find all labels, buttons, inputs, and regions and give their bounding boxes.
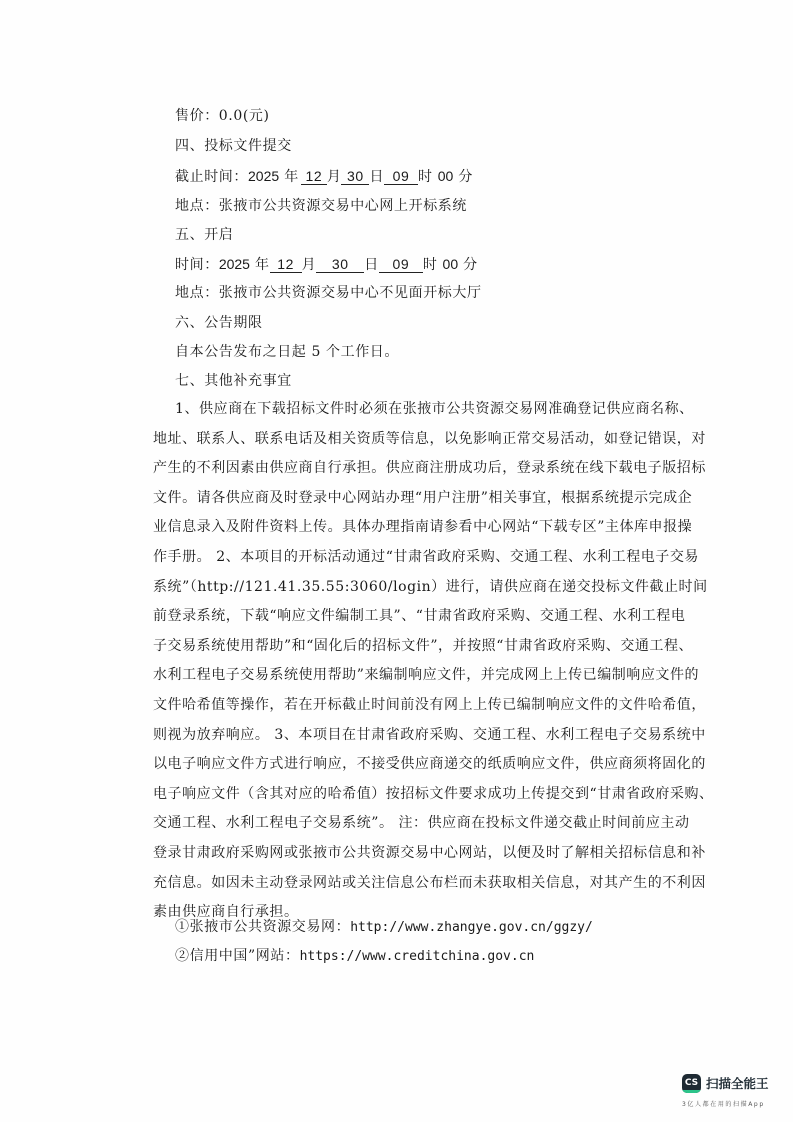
day-suffix: 日 <box>369 169 384 185</box>
paragraph-line: 则视为放弃响应。 3、本项目在甘肃省政府采购、交通工程、水利工程电子交易系统中 <box>153 721 653 751</box>
opening-location: 地点：张掖市公共资源交易中心不见面开标大厅 <box>175 283 482 303</box>
paragraph-line: 以电子响应文件方式进行响应，不接受供应商递交的纸质响应文件，供应商须将固化的 <box>153 750 653 780</box>
paragraph-line: 电子响应文件（含其对应的哈希值）按招标文件要求成功上传提交到“甘肃省政府采购、 <box>153 780 653 810</box>
paragraph-line: 产生的不利因素由供应商自行承担。供应商注册成功后，登录系统在线下载电子版招标 <box>153 454 653 484</box>
month-suffix: 月 <box>302 257 317 273</box>
opening-time: 时间：2025 年12月30日09时 00 分 <box>175 254 478 275</box>
submission-location: 地点：张掖市公共资源交易中心网上开标系统 <box>175 196 467 216</box>
deadline-minute: 00 <box>438 168 454 184</box>
minute-suffix: 分 <box>463 257 478 273</box>
scanned-document-page: 售价：0.0(元) 四、投标文件提交 截止时间：2025 年12月30日09时 … <box>0 0 793 1122</box>
opening-time-label: 时间： <box>175 257 219 273</box>
price-line: 售价：0.0(元) <box>175 106 270 126</box>
deadline-label: 截止时间： <box>175 169 248 185</box>
paragraph-line: 登录甘肃政府采购网或张掖市公共资源交易中心网站，以便及时了解相关招标信息和补 <box>153 839 653 869</box>
announcement-period: 自本公告发布之日起 5 个工作日。 <box>175 342 399 362</box>
hour-suffix: 时 <box>423 257 438 273</box>
month-suffix: 月 <box>327 169 342 185</box>
link-label: ②信用中国”网站： <box>175 948 300 964</box>
deadline-month: 12 <box>301 168 327 185</box>
opening-minute: 00 <box>443 256 459 272</box>
watermark-subtitle: 3亿人都在用的扫描App <box>682 1099 765 1108</box>
paragraph-line: 子交易系统使用帮助”和“固化后的招标文件”，并按照“甘肃省政府采购、交通工程、 <box>153 632 653 662</box>
submission-deadline: 截止时间：2025 年12月30日09时 00 分 <box>175 166 473 187</box>
year-suffix: 年 <box>255 257 270 273</box>
creditchina-url[interactable]: https://www.creditchina.gov.cn <box>300 949 535 964</box>
zhangye-ggzy-url[interactable]: http://www.zhangye.gov.cn/ggzy/ <box>350 920 593 935</box>
section-5-heading: 五、开启 <box>175 225 233 245</box>
paragraph-line: 文件。请各供应商及时登录中心网站办理“用户注册”相关事宜，根据系统提示完成企 <box>153 484 653 514</box>
paragraph-line: 水利工程电子交易系统使用帮助”来编制响应文件，并完成网上上传已编制响应文件的 <box>153 661 653 691</box>
camscanner-watermark: CS 扫描全能王 3亿人都在用的扫描App <box>680 1072 790 1117</box>
opening-year: 2025 <box>219 256 250 272</box>
paragraph-line: 地址、联系人、联系电话及相关资质等信息，以免影响正常交易活动，如登记错误，对 <box>153 425 653 455</box>
year-suffix: 年 <box>284 169 299 185</box>
paragraph-line: 交通工程、水利工程电子交易系统”。 注：供应商在投标文件递交截止时间前应主动 <box>153 809 653 839</box>
deadline-day: 30 <box>341 168 369 185</box>
section-4-heading: 四、投标文件提交 <box>175 136 292 156</box>
opening-hour: 09 <box>379 256 423 273</box>
opening-day: 30 <box>316 256 364 273</box>
link-item-creditchina: ②信用中国”网站：https://www.creditchina.gov.cn <box>175 946 534 967</box>
paragraph-line: 作手册。 2、本项目的开标活动通过“甘肃省政府采购、交通工程、水利工程电子交易 <box>153 543 653 573</box>
watermark-title: 扫描全能王 <box>706 1074 769 1093</box>
link-item-zhangye-ggzy: ①张掖市公共资源交易网：http://www.zhangye.gov.cn/gg… <box>175 917 593 938</box>
paragraph-line: 1、供应商在下载招标文件时必须在张掖市公共资源交易网准确登记供应商名称、 <box>153 395 653 425</box>
camscanner-logo-icon: CS <box>682 1074 701 1093</box>
minute-suffix: 分 <box>458 169 473 185</box>
paragraph-line: 充信息。如因未主动登录网站或关注信息公布栏而未获取相关信息，对其产生的不利因 <box>153 869 653 899</box>
supplementary-paragraph: 1、供应商在下载招标文件时必须在张掖市公共资源交易网准确登记供应商名称、 地址、… <box>153 395 653 928</box>
paragraph-line: 文件哈希值等操作，若在开标截止时间前没有网上上传已编制响应文件的文件哈希值， <box>153 691 653 721</box>
paragraph-line: 业信息录入及附件资料上传。具体办理指南请参看中心网站“下载专区”主体库申报操 <box>153 513 653 543</box>
section-6-heading: 六、公告期限 <box>175 313 263 333</box>
deadline-year: 2025 <box>248 168 279 184</box>
paragraph-line: 前登录系统，下载“响应文件编制工具”、“甘肃省政府采购、交通工程、水利工程电 <box>153 602 653 632</box>
hour-suffix: 时 <box>418 169 433 185</box>
paragraph-line: 系统”（http://121.41.35.55:3060/login）进行，请供… <box>153 573 653 603</box>
section-7-heading: 七、其他补充事宜 <box>175 371 292 391</box>
deadline-hour: 09 <box>384 168 418 185</box>
day-suffix: 日 <box>364 257 379 273</box>
link-label: ①张掖市公共资源交易网： <box>175 919 350 935</box>
opening-month: 12 <box>270 256 302 273</box>
